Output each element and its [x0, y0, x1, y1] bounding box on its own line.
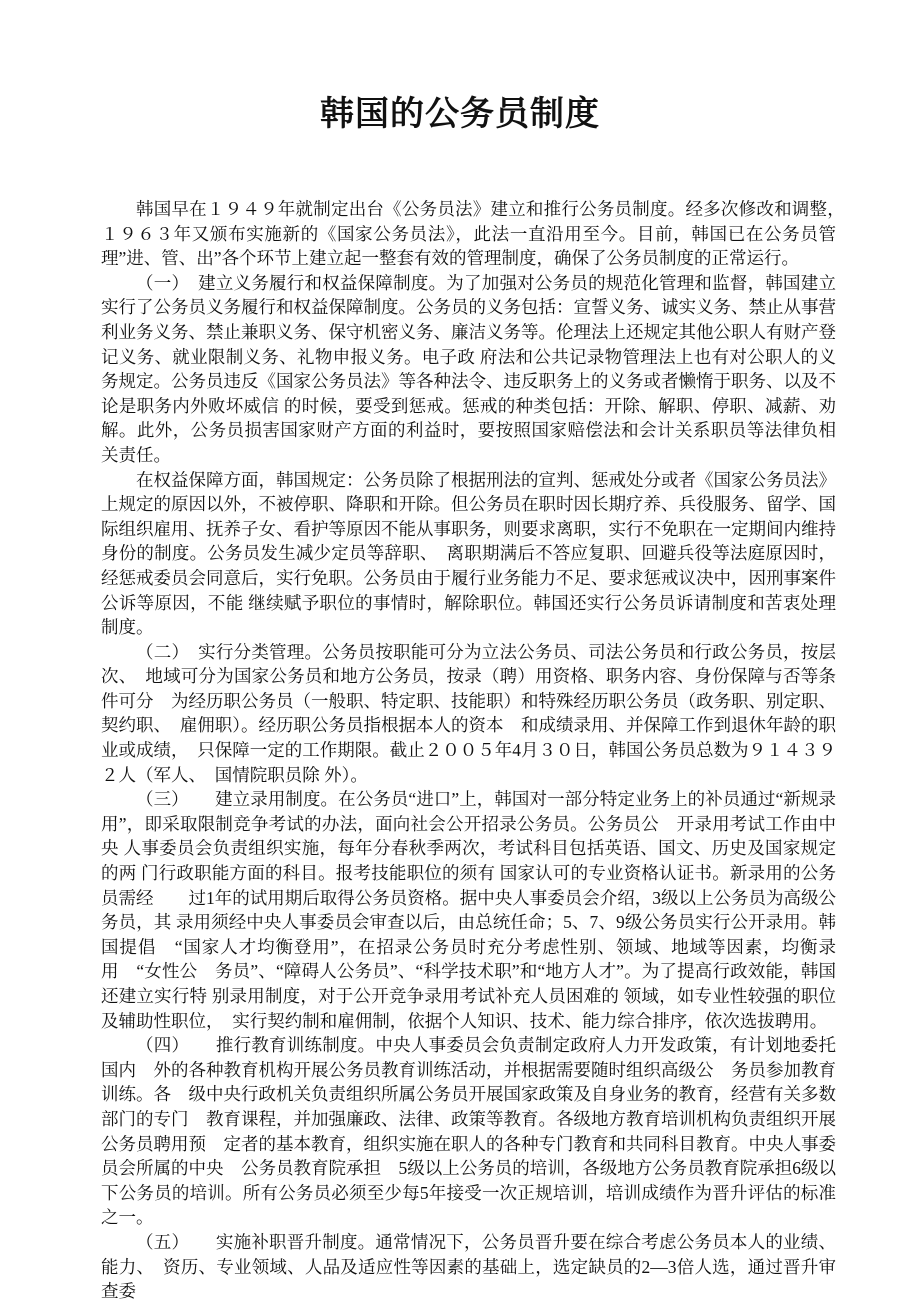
- document-body: 韩国早在１９４９年就制定出台《公务员法》建立和推行公务员制度。经多次修改和调整，…: [0, 197, 920, 1302]
- paragraph-section-1: （一） 建立义务履行和权益保障制度。为了加强对公务员的规范化管理和监督，韩国建立…: [101, 271, 836, 468]
- paragraph-rights: 在权益保障方面，韩国规定：公务员除了根据刑法的宣判、惩戒处分或者《国家公务员法》…: [101, 468, 836, 640]
- paragraph-section-4: （四） 推行教育训练制度。中央人事委员会负责制定政府人力开发政策，有计划地委托国…: [101, 1033, 836, 1230]
- document-title: 韩国的公务员制度: [0, 0, 920, 135]
- paragraph-section-5: （五） 实施补职晋升制度。通常情况下，公务员晋升要在综合考虑公务员本人的业绩、能…: [101, 1230, 836, 1302]
- paragraph-intro: 韩国早在１９４９年就制定出台《公务员法》建立和推行公务员制度。经多次修改和调整，…: [101, 197, 836, 271]
- document-page: 韩国的公务员制度 韩国早在１９４９年就制定出台《公务员法》建立和推行公务员制度。…: [0, 0, 920, 1302]
- paragraph-section-3: （三） 建立录用制度。在公务员“进口”上，韩国对一部分特定业务上的补员通过“新规…: [101, 787, 836, 1033]
- paragraph-section-2: （二） 实行分类管理。公务员按职能可分为立法公务员、司法公务员和行政公务员，按层…: [101, 640, 836, 788]
